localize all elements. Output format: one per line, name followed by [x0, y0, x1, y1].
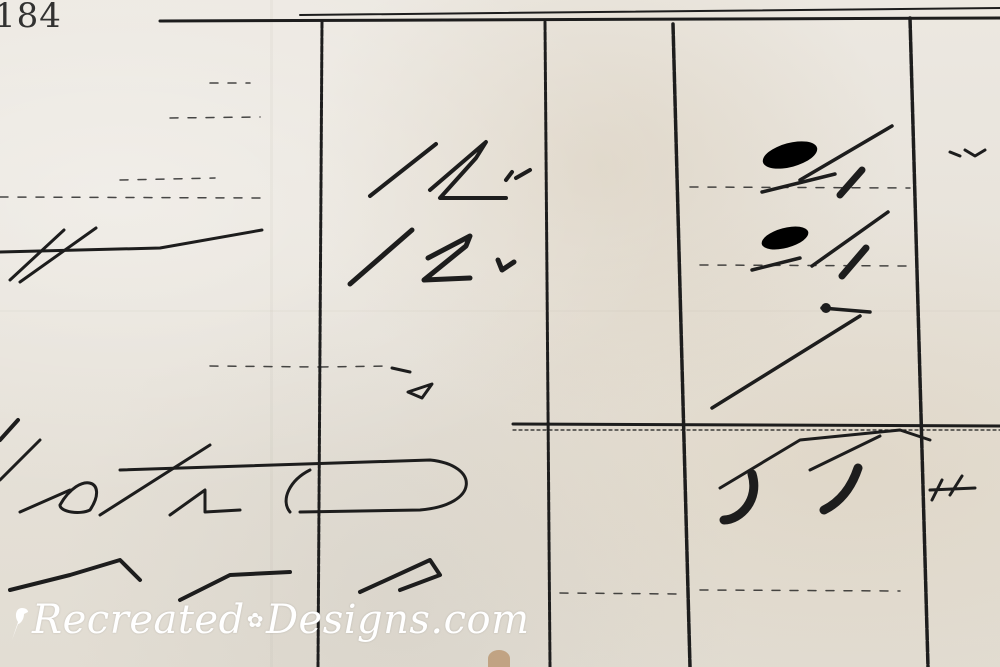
total-rule: [513, 424, 1000, 426]
entry-55: [720, 430, 930, 520]
entry-12-b: [350, 230, 514, 284]
bird-icon: [8, 600, 30, 640]
watermark-text-right: Designs.com: [266, 597, 530, 643]
entry-marks-right: [930, 150, 985, 500]
watermark-text-left: Recreated: [32, 597, 245, 643]
watermark: Recreated ✿ Designs.com: [8, 585, 548, 655]
ledger-ink: [0, 0, 1000, 667]
entry-24-a: [760, 126, 892, 195]
flower-icon: ✿: [247, 608, 264, 632]
left-scrawl-upper: [0, 228, 262, 282]
entry-7: [712, 303, 870, 408]
top-rule: [160, 8, 1000, 21]
entry-12-a: [370, 142, 530, 198]
left-text-total: [0, 440, 466, 515]
